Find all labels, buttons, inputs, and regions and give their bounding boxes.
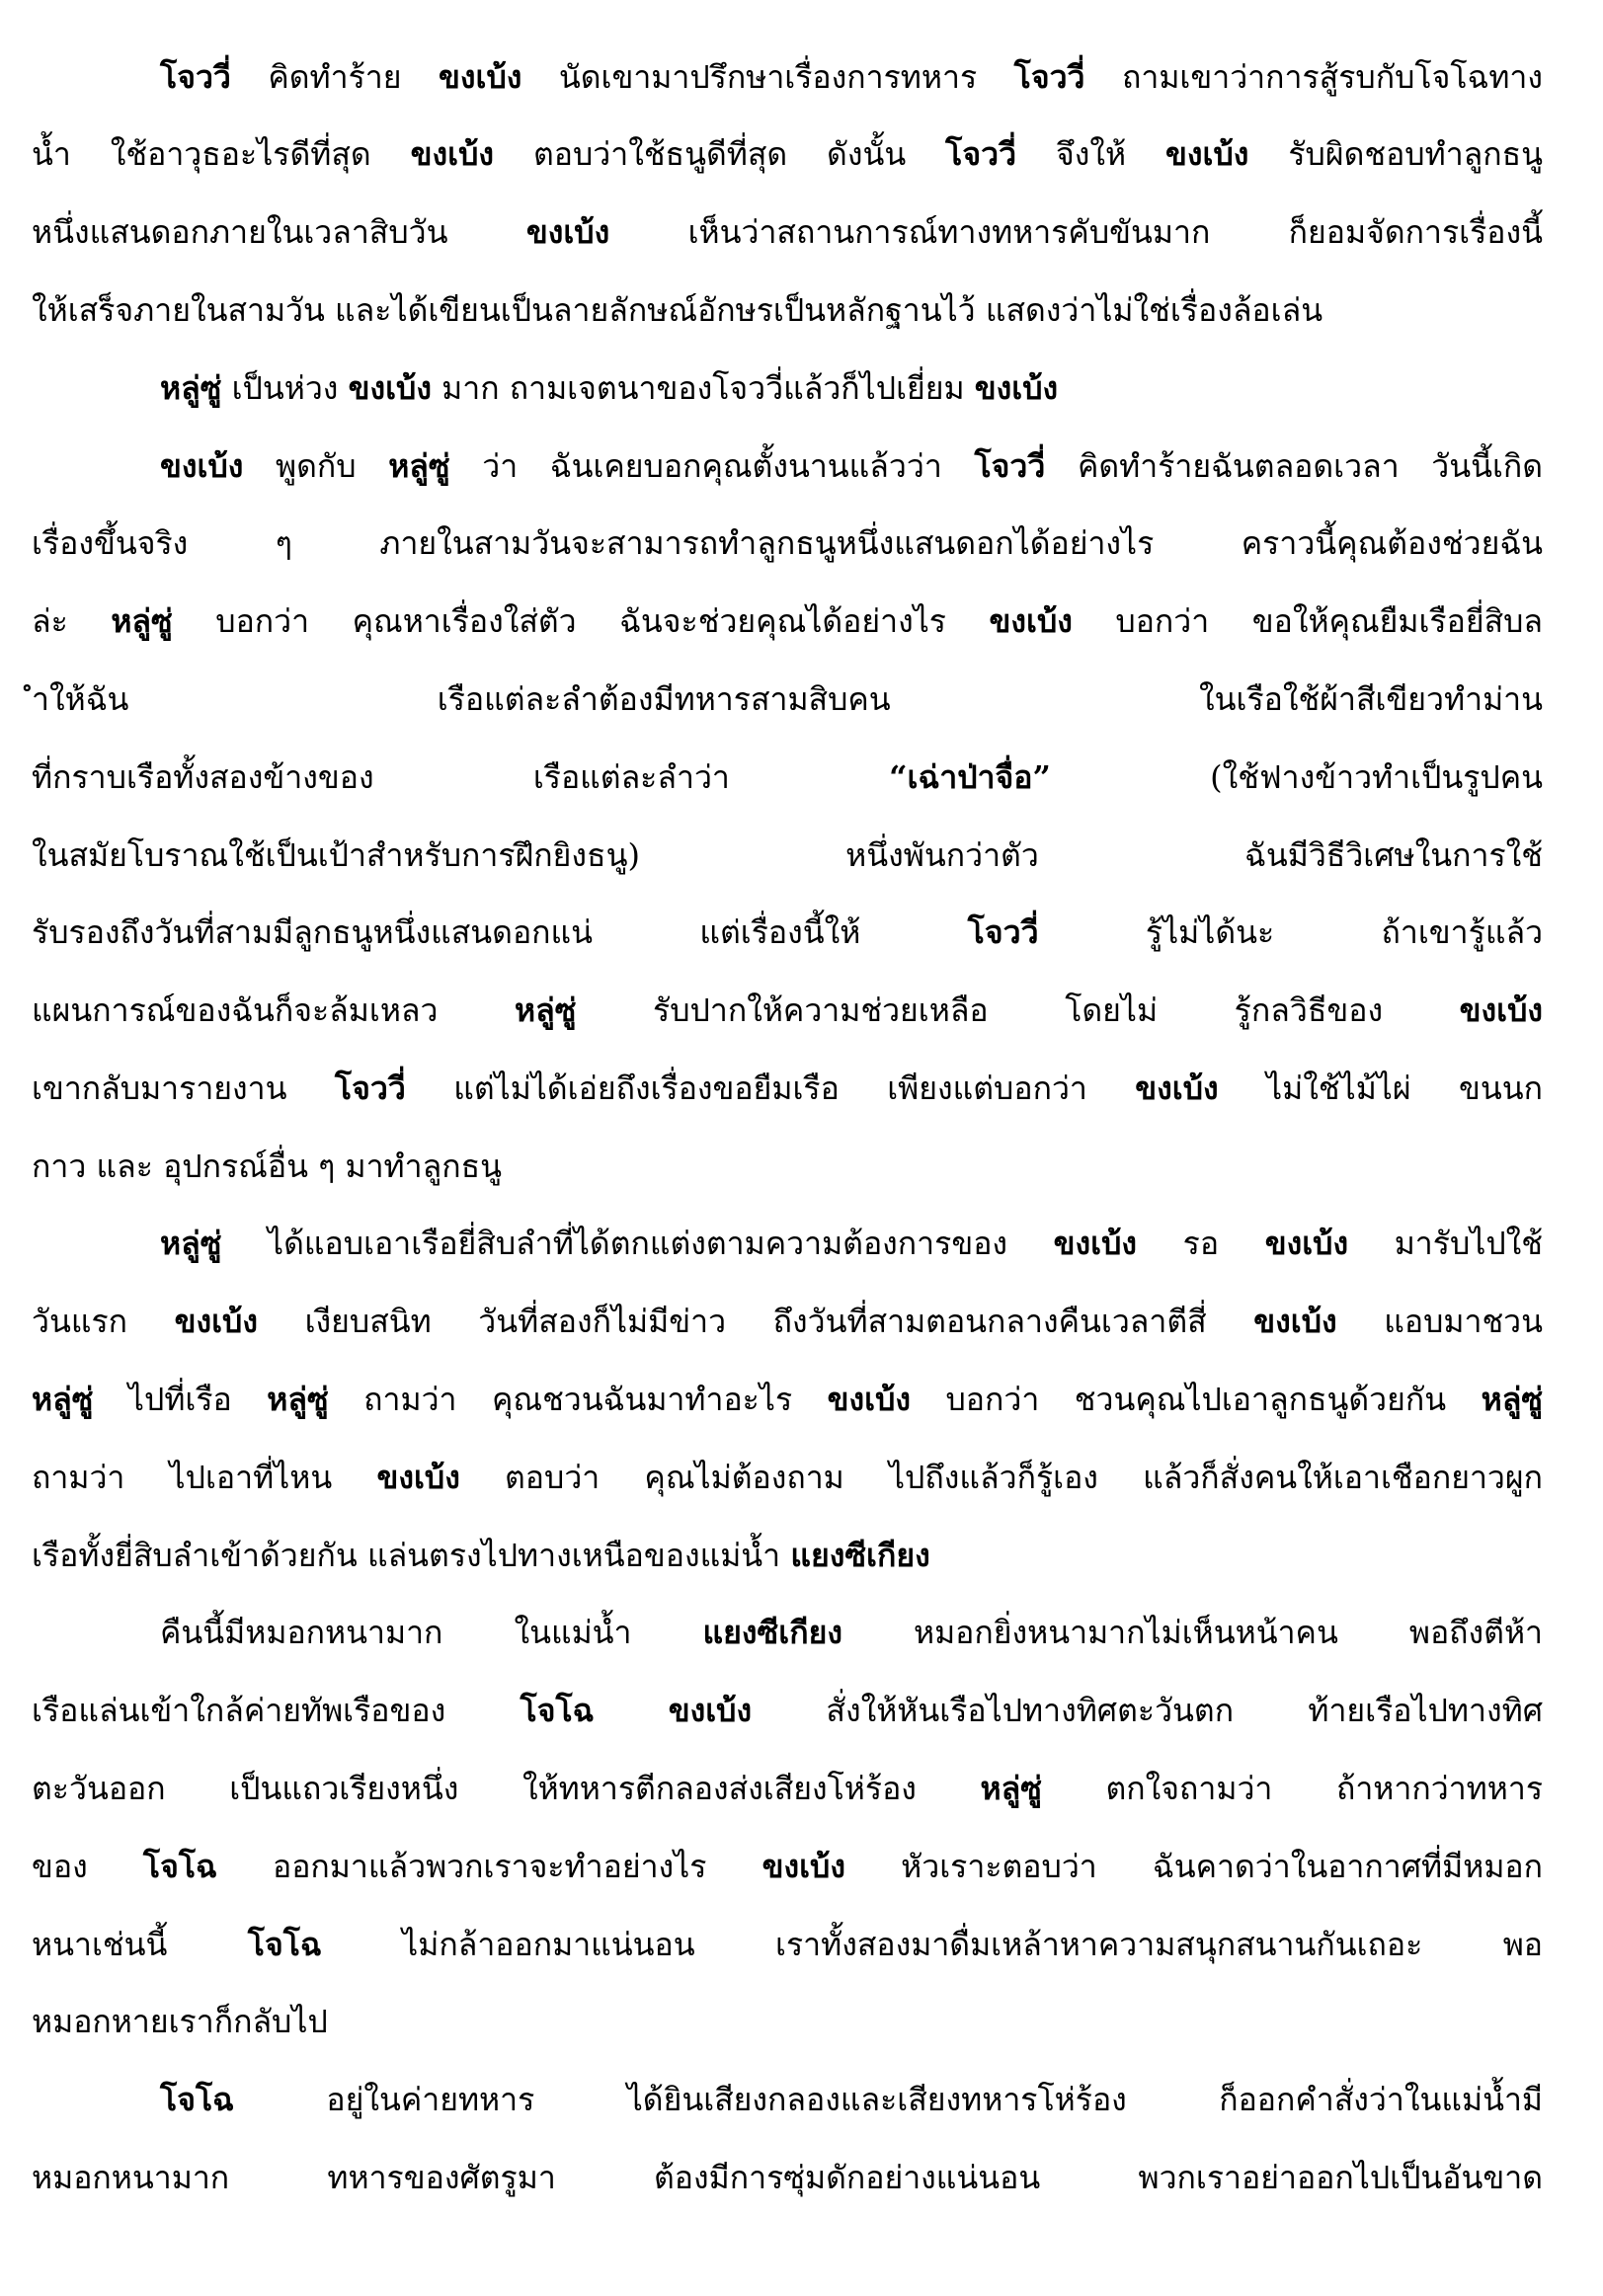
bold-name: ขงเบ้ง	[1265, 1225, 1348, 1262]
text-line: ของ โจโฉ ออกมาแล้วพวกเราจะทำอย่างไร ขงเบ…	[32, 1843, 1543, 1890]
text-run: ให้เสร็จภายในสามวัน และได้เขียนเป็นลายลั…	[32, 291, 1322, 329]
bold-name: ขงเบ้ง	[1253, 1303, 1336, 1340]
bold-name: ขงเบ้ง	[526, 213, 609, 251]
text-run: ได้แอบเอาเรือยี่สิบลำที่ได้ตกแต่งตามความ…	[268, 1225, 1007, 1262]
text-run: เรือแต่ละลำต้องมีทหารสามสิบคน	[438, 680, 891, 718]
bold-name: โจววี่	[945, 135, 1016, 173]
bold-name: ขงเบ้ง	[1165, 135, 1248, 173]
bold-name: โจววี่	[160, 58, 231, 96]
bold-name: โจโฉ	[521, 1692, 595, 1729]
bold-name: ขงเบ้ง	[175, 1303, 258, 1340]
text-line: น้ำ ใช้อาวุธอะไรดีที่สุด ขงเบ้ง ตอบว่าใช…	[32, 130, 1543, 178]
text-run: ที่กราบเรือทั้งสองข้างของ	[32, 758, 374, 796]
text-run: ถ้าเขารู้แล้ว	[1382, 913, 1544, 951]
text-run: เขากลับมารายงาน	[32, 1069, 287, 1107]
bold-name: ขงเบ้ง	[975, 369, 1058, 407]
text-line: หมอกหนามาก ทหารของศัตรูมา ต้องมีการซุ่มด…	[32, 2154, 1543, 2201]
text-run: โดยไม่	[1065, 991, 1158, 1029]
bold-name: ขงเบ้ง	[828, 1381, 911, 1418]
text-line: แผนการณ์ของฉันก็จะล้มเหลว หลู่ซู่ รับปาก…	[32, 987, 1543, 1034]
text-run: ฉันมีวิธีวิเศษในการใช้	[1244, 836, 1543, 874]
text-run: บอกว่า ชวนคุณไปเอาลูกธนูด้วยกัน	[945, 1381, 1481, 1418]
bold-name: โจววี่	[335, 1069, 406, 1107]
text-run: ไม่ใช้ไม้ไผ่	[1266, 1069, 1411, 1107]
text-line: ในสมัยโบราณใช้เป็นเป้าสำหรับการฝึกยิงธนู…	[32, 831, 1543, 879]
bold-name: หลู่ซู่	[160, 369, 221, 407]
bold-name: แยงซีเกียง	[703, 1614, 842, 1651]
text-line: หนึ่งแสนดอกภายในเวลาสิบวัน ขงเบ้ง เห็นว่…	[32, 208, 1543, 256]
text-run: วันแรก	[32, 1303, 127, 1340]
text-run: รับปากให้ความช่วยเหลือ	[653, 991, 989, 1029]
text-line: ตะวันออก เป็นแถวเรียงหนึ่ง ให้ทหารตีกลอง…	[32, 1765, 1543, 1812]
bold-name: ขงเบ้ง	[439, 58, 521, 96]
text-run: หมอกยิ่งหนามากไม่เห็นหน้าคน พอถึงตีห้า	[914, 1614, 1543, 1651]
text-line: วันแรก ขงเบ้ง เงียบสนิท วันที่สองก็ไม่มี…	[32, 1298, 1543, 1345]
text-run: บอกว่า คุณหาเรื่องใส่ตัว ฉันจะช่วยคุณได้…	[215, 602, 989, 640]
bold-name: ขงเบ้ง	[411, 135, 494, 173]
text-run: จึงให้	[1056, 135, 1165, 173]
text-line: หลู่ซู่ เป็นห่วง ขงเบ้ง มาก ถามเจตนาของโ…	[160, 364, 1543, 412]
text-run: รู้ไม่ได้นะ	[1146, 913, 1274, 951]
bold-name: หลู่ซู่	[515, 991, 576, 1029]
text-run: กาว และ อุปกรณ์อื่น ๆ มาทำลูกธนู	[32, 1148, 502, 1185]
text-run: เรือแล่นเข้าใกล้ค่ายทัพเรือของ	[32, 1692, 445, 1729]
text-line: หมอกหายเราก็กลับไป	[32, 1998, 1543, 2045]
text-line: โจววี่ คิดทำร้าย ขงเบ้ง นัดเขามาปรึกษาเร…	[160, 53, 1543, 101]
bold-name: ขงเบ้ง	[160, 447, 243, 485]
text-run: ไปที่เรือ	[128, 1381, 267, 1418]
text-run: คิดทำร้าย	[268, 58, 401, 96]
text-line: เรือแล่นเข้าใกล้ค่ายทัพเรือของ โจโฉ ขงเบ…	[32, 1687, 1543, 1734]
text-run: รอ	[1183, 1225, 1219, 1262]
bold-name: ขงเบ้ง	[376, 1459, 459, 1496]
text-run: ตะวันออก เป็นแถวเรียงหนึ่ง ให้ทหารตีกลอง…	[32, 1770, 980, 1807]
text-line: รับรองถึงวันที่สามมีลูกธนูหนึ่งแสนดอกแน่…	[32, 909, 1543, 956]
text-line: ให้เสร็จภายในสามวัน และได้เขียนเป็นลายลั…	[32, 286, 1543, 334]
text-run: ขนนก	[1459, 1069, 1543, 1107]
text-run: แอบมาชวน	[1384, 1303, 1543, 1340]
text-run: หนึ่งพันกว่าตัว	[845, 836, 1039, 874]
bold-name: หลู่ซู่	[160, 1225, 221, 1262]
text-run: คืนนี้มีหมอกหนามาก ในแม่น้ำ	[160, 1614, 632, 1651]
text-run: (ใช้ฟางข้าวทำเป็นรูปคน	[1210, 758, 1543, 796]
text-run: เรื่องขึ้นจริง ๆ ภายในสามวันจะสามารถทำลู…	[32, 524, 1543, 562]
text-run: พูดกับ	[276, 447, 357, 485]
text-run: ำให้ฉัน	[32, 680, 128, 718]
bold-name: โจววี่	[974, 447, 1045, 485]
text-run: เงียบสนิท วันที่สองก็ไม่มีข่าว ถึงวันที่…	[305, 1303, 1254, 1340]
text-run: ตกใจถามว่า ถ้าหากว่าทหาร	[1105, 1770, 1543, 1807]
text-run: ไม่กล้าออกมาแน่นอน เราทั้งสองมาดื่มเหล้า…	[402, 1926, 1543, 1963]
text-line: โจโฉ อยู่ในค่ายทหาร ได้ยินเสียงกลองและเส…	[160, 2076, 1543, 2123]
text-run: ตอบว่า คุณไม่ต้องถาม ไปถึงแล้วก็รู้เอง แ…	[505, 1459, 1543, 1496]
text-run: ล่ะ	[32, 602, 111, 640]
text-line: เรื่องขึ้นจริง ๆ ภายในสามวันจะสามารถทำลู…	[32, 519, 1543, 567]
text-run: เพียงแต่บอกว่า	[887, 1069, 1087, 1107]
text-line: ำให้ฉัน เรือแต่ละลำต้องมีทหารสามสิบคน ใน…	[32, 675, 1543, 723]
bold-name: ขงเบ้ง	[669, 1692, 752, 1729]
bold-name: “เฉ่าป่าจื่อ”	[889, 758, 1051, 796]
text-run: ในเรือใช้ผ้าสีเขียวทำม่าน	[1199, 680, 1543, 718]
bold-name: หลู่ซู่	[388, 447, 449, 485]
text-run: หนาเช่นนี้	[32, 1926, 248, 1963]
text-line: ถามว่า ไปเอาที่ไหน ขงเบ้ง ตอบว่า คุณไม่ต…	[32, 1454, 1543, 1501]
bold-name: โจโฉ	[248, 1926, 322, 1963]
text-line: เรือทั้งยี่สิบลำเข้าด้วยกัน แล่นตรงไปทาง…	[32, 1532, 1543, 1579]
text-run: ถามเขาว่าการสู้รบกับโจโฉทาง	[1122, 58, 1543, 96]
text-run: มารับไปใช้	[1395, 1225, 1543, 1262]
text-line: ที่กราบเรือทั้งสองข้างของ เรือแต่ละลำว่า…	[32, 753, 1543, 801]
text-run: อยู่ในค่ายทหาร ได้ยินเสียงกลองและเสียงทห…	[326, 2081, 1543, 2118]
text-run: ถามว่า คุณชวนฉันมาทำอะไร	[363, 1381, 827, 1418]
text-run: เห็นว่าสถานการณ์ทางทหารคับขันมาก ก็ยอมจั…	[688, 213, 1543, 251]
text-run: หัวเราะตอบว่า ฉันคาดว่าในอากาศที่มีหมอก	[901, 1848, 1543, 1885]
text-run: หมอกหายเราก็กลับไป	[32, 2003, 328, 2040]
text-run: แต่ไม่ได้เอ่ยถึงเรื่องขอยืมเรือ	[453, 1069, 840, 1107]
bold-name: โจโฉ	[143, 1848, 217, 1885]
text-run: ตอบว่าใช้ธนูดีที่สุด ดังนั้น	[533, 135, 906, 173]
text-run: แต่เรื่องนี้ให้	[699, 913, 860, 951]
text-run: หมอกหนามาก ทหารของศัตรูมา ต้องมีการซุ่มด…	[32, 2159, 1543, 2196]
bold-name: ขงเบ้ง	[1460, 991, 1543, 1029]
text-run: ออกมาแล้วพวกเราจะทำอย่างไร	[273, 1848, 762, 1885]
text-run: หนึ่งแสนดอกภายในเวลาสิบวัน	[32, 213, 526, 251]
text-run: ของ	[32, 1848, 88, 1885]
text-run: เป็นห่วง	[232, 369, 339, 407]
text-run: บอกว่า ขอให้คุณยืมเรือยี่สิบล	[1115, 602, 1543, 640]
bold-name: โจววี่	[1014, 58, 1085, 96]
text-run: สั่งให้หันเรือไปทางทิศตะวันตก ท้ายเรือไป…	[826, 1692, 1543, 1729]
text-run: รับผิดชอบทำลูกธนู	[1288, 135, 1543, 173]
text-line: หลู่ซู่ ไปที่เรือ หลู่ซู่ ถามว่า คุณชวนฉ…	[32, 1376, 1543, 1423]
bold-name: หลู่ซู่	[980, 1770, 1041, 1807]
bold-name: หลู่ซู่	[1482, 1381, 1543, 1418]
bold-name: ขงเบ้ง	[1054, 1225, 1137, 1262]
text-run: แผนการณ์ของฉันก็จะล้มเหลว	[32, 991, 438, 1029]
bold-name: ขงเบ้ง	[349, 369, 432, 407]
bold-name: ขงเบ้ง	[1135, 1069, 1218, 1107]
text-run: ว่า ฉันเคยบอกคุณตั้งนานแล้วว่า	[482, 447, 942, 485]
text-line: ล่ะ หลู่ซู่ บอกว่า คุณหาเรื่องใส่ตัว ฉัน…	[32, 597, 1543, 645]
text-run: ถามว่า ไปเอาที่ไหน	[32, 1459, 376, 1496]
text-line: กาว และ อุปกรณ์อื่น ๆ มาทำลูกธนู	[32, 1143, 1543, 1190]
bold-name: โจววี่	[968, 913, 1039, 951]
text-line: เขากลับมารายงาน โจววี่ แต่ไม่ได้เอ่ยถึงเ…	[32, 1065, 1543, 1112]
text-run: คิดทำร้ายฉันตลอดเวลา วันนี้เกิด	[1078, 447, 1543, 485]
text-run: มาก ถามเจตนาของโจววี่แล้วก็ไปเยี่ยม	[441, 369, 964, 407]
bold-name: หลู่ซู่	[111, 602, 172, 640]
bold-name: ขงเบ้ง	[762, 1848, 845, 1885]
text-run: น้ำ ใช้อาวุธอะไรดีที่สุด	[32, 135, 411, 173]
text-line: หลู่ซู่ ได้แอบเอาเรือยี่สิบลำที่ได้ตกแต่…	[160, 1220, 1543, 1267]
text-line: หนาเช่นนี้ โจโฉ ไม่กล้าออกมาแน่นอน เราทั…	[32, 1921, 1543, 1968]
text-run: เรือทั้งยี่สิบลำเข้าด้วยกัน แล่นตรงไปทาง…	[32, 1537, 780, 1574]
bold-name: แยงซีเกียง	[790, 1537, 929, 1574]
bold-name: โจโฉ	[160, 2081, 234, 2118]
bold-name: ขงเบ้ง	[990, 602, 1073, 640]
text-run: รู้กลวิธีของ	[1235, 991, 1383, 1029]
text-run: นัดเขามาปรึกษาเรื่องการทหาร	[559, 58, 1014, 96]
text-run: เรือแต่ละลำว่า	[533, 758, 730, 796]
text-run: ในสมัยโบราณใช้เป็นเป้าสำหรับการฝึกยิงธนู…	[32, 836, 640, 874]
text-line: คืนนี้มีหมอกหนามาก ในแม่น้ำ แยงซีเกียง ห…	[160, 1609, 1543, 1656]
document-page: โจววี่ คิดทำร้าย ขงเบ้ง นัดเขามาปรึกษาเร…	[0, 0, 1603, 2296]
bold-name: หลู่ซู่	[267, 1381, 328, 1418]
bold-name: หลู่ซู่	[32, 1381, 93, 1418]
text-line: ขงเบ้ง พูดกับ หลู่ซู่ ว่า ฉันเคยบอกคุณตั…	[160, 442, 1543, 490]
text-run: รับรองถึงวันที่สามมีลูกธนูหนึ่งแสนดอกแน่	[32, 913, 593, 951]
